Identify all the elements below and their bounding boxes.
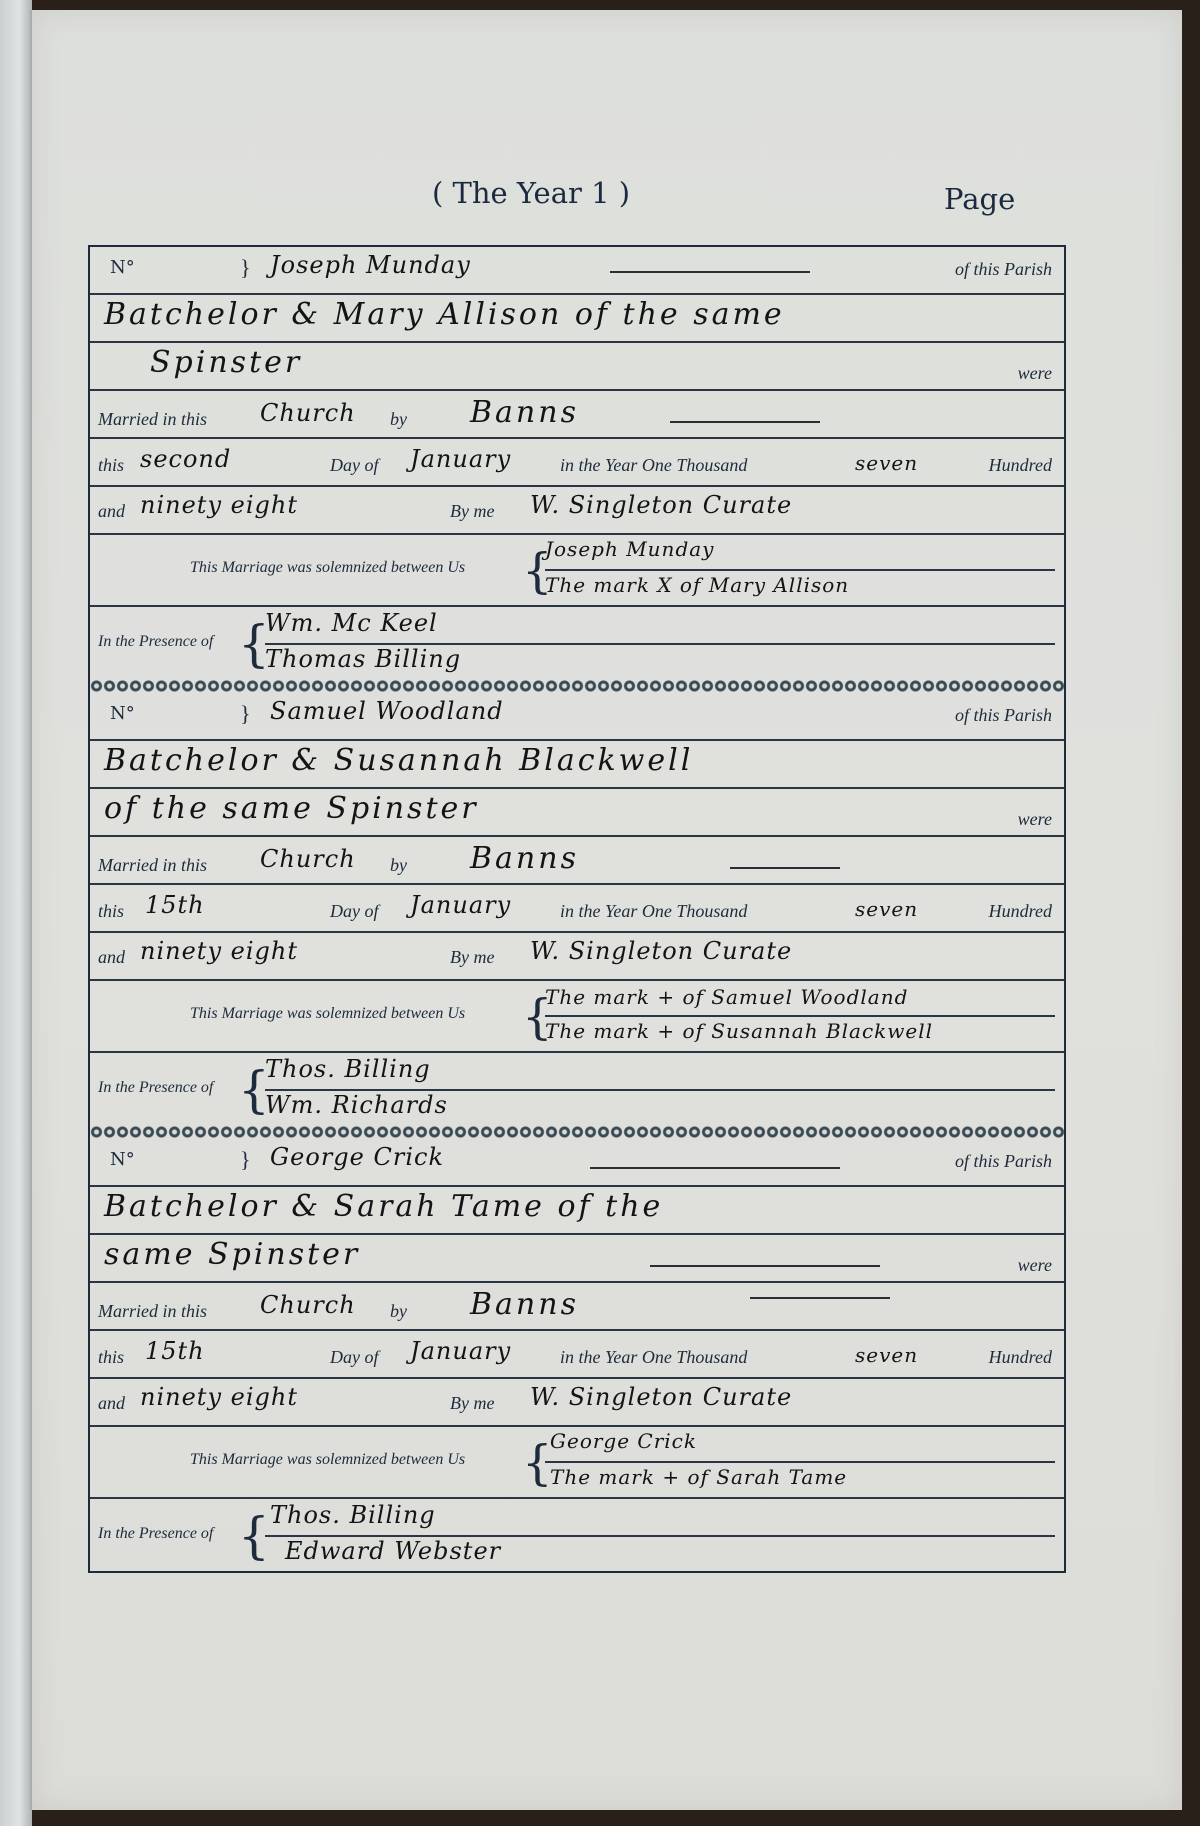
number-label: N° (110, 257, 135, 278)
handwritten-line: of the same Spinster (104, 791, 479, 826)
divider (545, 1015, 1055, 1017)
day-of-label: Day of (330, 901, 379, 922)
marriage-entry: N° } Joseph Munday of this Parish Batche… (90, 245, 1064, 679)
signature-party-2: The mark + of Sarah Tame (550, 1465, 847, 1489)
by-me-label: By me (450, 947, 494, 968)
place-value: Church (260, 1291, 356, 1319)
ornamental-divider (90, 1125, 1064, 1139)
of-parish-label: of this Parish (955, 259, 1052, 280)
day-value: 15th (145, 891, 205, 919)
witness-2: Edward Webster (285, 1537, 501, 1565)
handwritten-line: same Spinster (104, 1237, 360, 1272)
solemnized-label: This Marriage was solemnized between Us (190, 1451, 465, 1469)
married-in-row: Married in this Church by Banns (90, 837, 1064, 885)
year-officiant-row: and ninety eight By me W. Singleton Cura… (90, 487, 1064, 535)
year-label: in the Year One Thousand (560, 901, 747, 922)
by-label: by (390, 855, 407, 876)
year-value: ninety eight (140, 491, 298, 519)
married-in-row: Married in this Church by Banns (90, 391, 1064, 439)
married-in-row: Married in this Church by Banns (90, 1283, 1064, 1331)
date-row: this 15th Day of January in the Year One… (90, 885, 1064, 933)
place-value: Church (260, 399, 356, 427)
handwritten-line: Batchelor & Mary Allison of the same (104, 297, 785, 332)
year-value: ninety eight (140, 937, 298, 965)
solemnized-row: This Marriage was solemnized between Us … (90, 981, 1064, 1053)
hundred-label: Hundred (989, 901, 1052, 922)
married-in-label: Married in this (98, 855, 207, 876)
married-in-label: Married in this (98, 1301, 207, 1322)
solemnized-row: This Marriage was solemnized between Us … (90, 1427, 1064, 1499)
presence-label: In the Presence of (98, 1525, 213, 1543)
solemnized-row: This Marriage was solemnized between Us … (90, 535, 1064, 607)
by-label: by (390, 1301, 407, 1322)
signature-party-1: The mark + of Samuel Woodland (545, 985, 908, 1009)
officiant-signature: W. Singleton Curate (530, 1383, 792, 1411)
year-officiant-row: and ninety eight By me W. Singleton Cura… (90, 1379, 1064, 1427)
officiant-signature: W. Singleton Curate (530, 937, 792, 965)
day-of-label: Day of (330, 455, 379, 476)
signature-party-2: The mark + of Susannah Blackwell (545, 1019, 933, 1043)
marriage-register-table: N° } Joseph Munday of this Parish Batche… (88, 245, 1066, 1573)
year-label: in the Year One Thousand (560, 1347, 747, 1368)
month-value: January (410, 891, 511, 919)
brace: } (240, 1147, 251, 1173)
ink-dash (650, 1265, 880, 1267)
day-value: 15th (145, 1337, 205, 1365)
entry-number-row: N° } George Crick of this Parish (90, 1139, 1064, 1187)
status-row: Batchelor & Sarah Tame of the (90, 1187, 1064, 1235)
of-parish-label: of this Parish (955, 1151, 1052, 1172)
presence-row: In the Presence of { Thos. Billing Edwar… (90, 1499, 1064, 1571)
signature-party-2: The mark X of Mary Allison (545, 573, 849, 597)
witness-1: Wm. Mc Keel (265, 609, 438, 637)
ink-dash (590, 1167, 840, 1169)
handwritten-line: Batchelor & Susannah Blackwell (104, 743, 693, 778)
divider (545, 1461, 1055, 1463)
method-value: Banns (470, 1287, 579, 1322)
marriage-entry: N° } Samuel Woodland of this Parish Batc… (90, 693, 1064, 1125)
handwritten-line: Batchelor & Sarah Tame of the (104, 1189, 663, 1224)
ink-dash (750, 1297, 890, 1299)
blank-page-area (32, 1610, 1182, 1810)
handwritten-line: Spinster (150, 345, 302, 380)
this-label: this (98, 1347, 124, 1368)
solemnized-label: This Marriage was solemnized between Us (190, 559, 465, 577)
register-page: ( The Year 1 ) Page N° } Joseph Munday o… (30, 10, 1182, 1810)
number-label: N° (110, 1149, 135, 1170)
and-label: and (98, 501, 125, 522)
day-of-label: Day of (330, 1347, 379, 1368)
brace: { (522, 1435, 553, 1491)
marriage-entry: N° } George Crick of this Parish Batchel… (90, 1139, 1064, 1571)
date-row: this 15th Day of January in the Year One… (90, 1331, 1064, 1379)
century-value: seven (855, 451, 918, 475)
ink-dash (610, 271, 810, 273)
number-label: N° (110, 703, 135, 724)
entry-number-row: N° } Joseph Munday of this Parish (90, 247, 1064, 295)
by-me-label: By me (450, 1393, 494, 1414)
century-value: seven (855, 1343, 918, 1367)
method-value: Banns (470, 395, 579, 430)
ink-dash (730, 867, 840, 869)
solemnized-label: This Marriage was solemnized between Us (190, 1005, 465, 1023)
date-row: this second Day of January in the Year O… (90, 439, 1064, 487)
spinster-row: same Spinster were (90, 1235, 1064, 1283)
married-in-label: Married in this (98, 409, 207, 430)
hundred-label: Hundred (989, 455, 1052, 476)
groom-name: Samuel Woodland (270, 697, 504, 725)
divider (545, 569, 1055, 571)
presence-label: In the Presence of (98, 1079, 213, 1097)
were-label: were (1018, 809, 1052, 830)
presence-row: In the Presence of { Wm. Mc Keel Thomas … (90, 607, 1064, 679)
month-value: January (410, 1337, 511, 1365)
by-me-label: By me (450, 501, 494, 522)
presence-label: In the Presence of (98, 633, 213, 651)
year-title: ( The Year 1 ) (432, 176, 630, 210)
presence-row: In the Presence of { Thos. Billing Wm. R… (90, 1053, 1064, 1125)
and-label: and (98, 1393, 125, 1414)
year-value: ninety eight (140, 1383, 298, 1411)
ink-dash (670, 421, 820, 423)
day-value: second (140, 445, 231, 473)
page-label: Page (944, 182, 1015, 216)
page-header: ( The Year 1 ) Page (32, 168, 1182, 208)
of-parish-label: of this Parish (955, 705, 1052, 726)
entry-number-row: N° } Samuel Woodland of this Parish (90, 693, 1064, 741)
method-value: Banns (470, 841, 579, 876)
place-value: Church (260, 845, 356, 873)
signature-party-1: Joseph Munday (545, 537, 714, 561)
officiant-signature: W. Singleton Curate (530, 491, 792, 519)
witness-2: Thomas Billing (265, 645, 461, 673)
by-label: by (390, 409, 407, 430)
were-label: were (1018, 363, 1052, 384)
ornamental-divider (90, 679, 1064, 693)
spinster-row: of the same Spinster were (90, 789, 1064, 837)
status-row: Batchelor & Susannah Blackwell (90, 741, 1064, 789)
hundred-label: Hundred (989, 1347, 1052, 1368)
status-row: Batchelor & Mary Allison of the same (90, 295, 1064, 343)
year-officiant-row: and ninety eight By me W. Singleton Cura… (90, 933, 1064, 981)
brace: } (240, 255, 251, 281)
witness-1: Thos. Billing (270, 1501, 436, 1529)
groom-name: Joseph Munday (270, 251, 471, 279)
month-value: January (410, 445, 511, 473)
and-label: and (98, 947, 125, 968)
spinster-row: Spinster were (90, 343, 1064, 391)
witness-2: Wm. Richards (265, 1091, 448, 1119)
this-label: this (98, 901, 124, 922)
year-label: in the Year One Thousand (560, 455, 747, 476)
century-value: seven (855, 897, 918, 921)
signature-party-1: George Crick (550, 1429, 697, 1453)
this-label: this (98, 455, 124, 476)
brace: } (240, 701, 251, 727)
facing-page-edge (0, 0, 32, 1826)
groom-name: George Crick (270, 1143, 444, 1171)
were-label: were (1018, 1255, 1052, 1276)
witness-1: Thos. Billing (265, 1055, 431, 1083)
